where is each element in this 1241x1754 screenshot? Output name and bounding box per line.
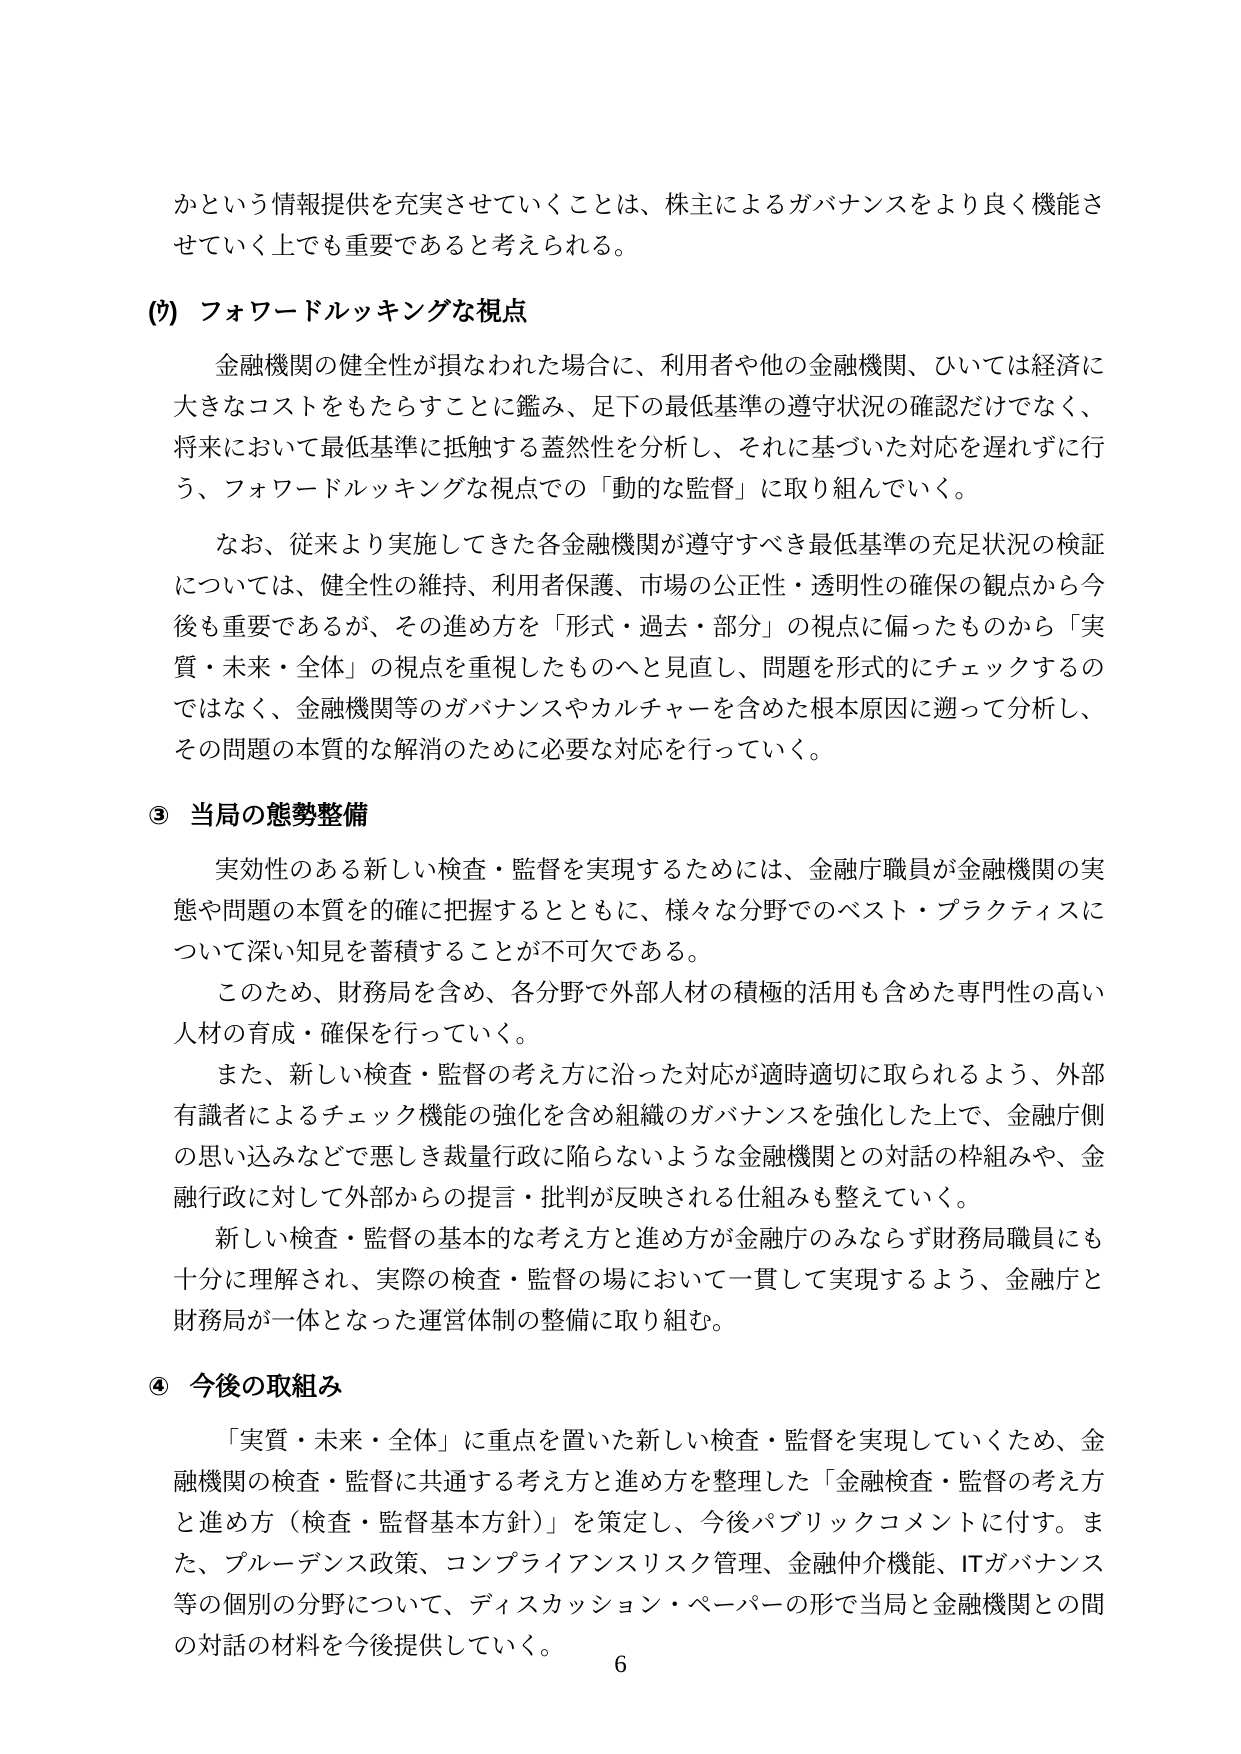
document-body: かという情報提供を充実させていくことは、株主によるガバナンスをより良く機能させて… <box>148 185 1105 1667</box>
body-paragraph: 「実質・未来・全体」に重点を置いた新しい検査・監督を実現していくため、金融機関の… <box>173 1421 1105 1667</box>
section-title: フォワードルッキングな視点 <box>198 298 527 326</box>
body-paragraph: 新しい検査・監督の基本的な考え方と進め方が金融庁のみならず財務局職員にも十分に理… <box>173 1219 1105 1342</box>
body-paragraph: 実効性のある新しい検査・監督を実現するためには、金融庁職員が金融機関の実態や問題… <box>173 850 1105 973</box>
section-heading-authority-structure: ③当局の態勢整備 <box>148 796 1105 837</box>
section-marker: ④ <box>148 1367 170 1408</box>
body-paragraph: また、新しい検査・監督の考え方に沿った対応が適時適切に取られるよう、外部有識者に… <box>173 1055 1105 1219</box>
section-heading-future-initiatives: ④今後の取組み <box>148 1367 1105 1408</box>
intro-paragraph: かという情報提供を充実させていくことは、株主によるガバナンスをより良く機能させて… <box>173 185 1105 267</box>
section-title: 当局の態勢整備 <box>190 802 369 830</box>
body-paragraph: このため、財務局を含め、各分野で外部人材の積極的活用も含めた専門性の高い人材の育… <box>173 973 1105 1055</box>
page-number: 6 <box>0 1650 1241 1680</box>
section-authority-structure: 実効性のある新しい検査・監督を実現するためには、金融庁職員が金融機関の実態や問題… <box>148 850 1105 1342</box>
section-title: 今後の取組み <box>190 1373 343 1401</box>
section-future-initiatives: 「実質・未来・全体」に重点を置いた新しい検査・監督を実現していくため、金融機関の… <box>148 1421 1105 1667</box>
body-paragraph: なお、従来より実施してきた各金融機関が遵守すべき最低基準の充足状況の検証について… <box>173 525 1105 771</box>
section-heading-forward-looking: (ｳ)フォワードルッキングな視点 <box>148 292 1105 333</box>
section-forward-looking: 金融機関の健全性が損なわれた場合に、利用者や他の金融機関、ひいては経済に大きなコ… <box>148 346 1105 771</box>
document-page: かという情報提供を充実させていくことは、株主によるガバナンスをより良く機能させて… <box>0 0 1241 1754</box>
body-paragraph: 金融機関の健全性が損なわれた場合に、利用者や他の金融機関、ひいては経済に大きなコ… <box>173 346 1105 510</box>
section-marker: ③ <box>148 796 170 837</box>
section-marker: (ｳ) <box>148 292 178 333</box>
